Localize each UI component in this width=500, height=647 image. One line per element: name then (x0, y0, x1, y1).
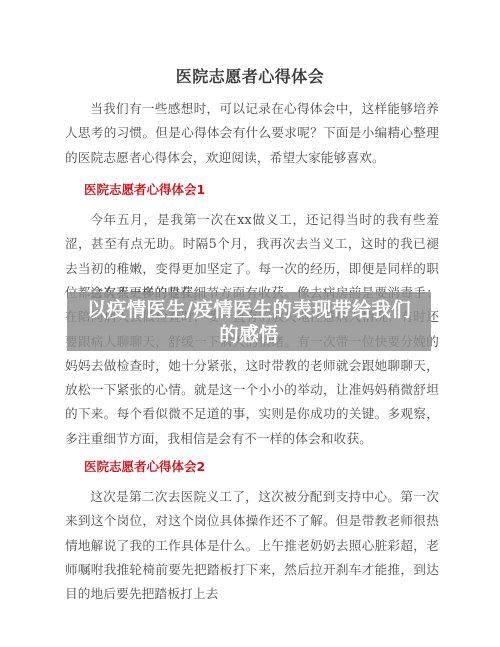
section-heading-1: 医院志愿者心得体会1 (84, 180, 205, 198)
section-heading-2: 医院志愿者心得体会2 (84, 457, 205, 475)
intro-paragraph: 当我们有一些感想时，可以记录在心得体会中，这样能够培养人思考的习惯。但是心得体会… (65, 97, 439, 170)
overlay-title-banner[interactable]: 以疫情医生/疫情医生的表现带给我们的感悟 (67, 292, 431, 351)
overlay-title[interactable]: 以疫情医生/疫情医生的表现带给我们的感悟 (79, 297, 419, 347)
section-2-paragraph-1: 这次是第二次去医院义工了，这次被分配到支持中心。第一次来到这个岗位，对这个岗位具… (65, 485, 439, 606)
document-title: 医院志愿者心得体会 (0, 64, 500, 87)
